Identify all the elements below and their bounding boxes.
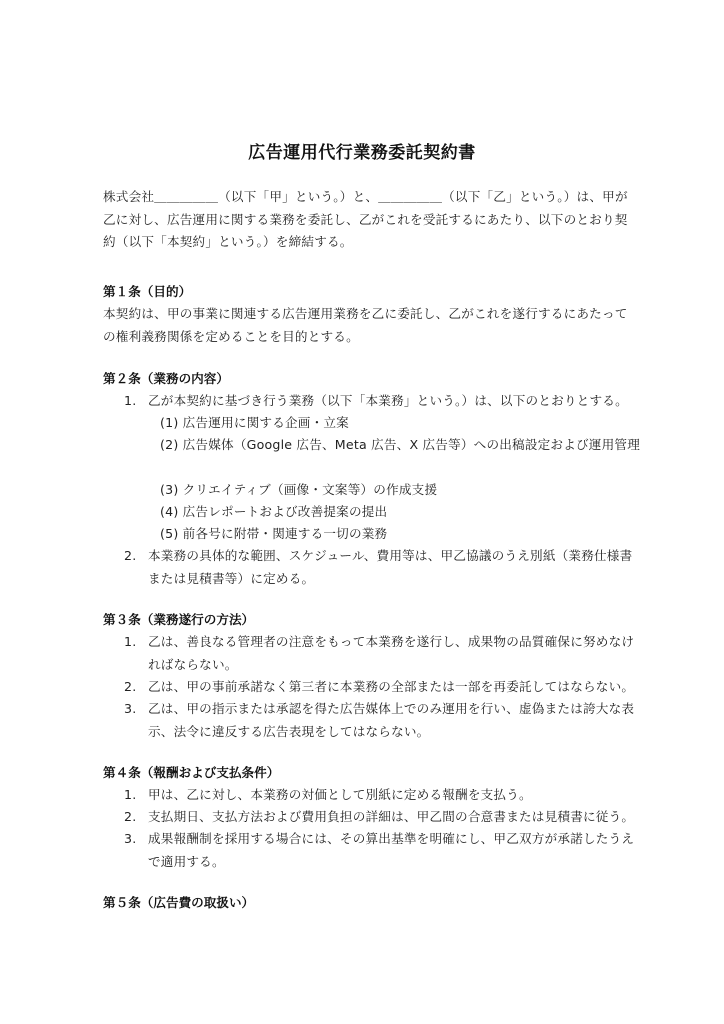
article-2-subitem-2: (2) 広告媒体（Google 広告、Meta 広告、X 広告等）への出稿設定お…: [148, 434, 640, 457]
document-title: 広告運用代行業務委託契約書: [0, 138, 724, 163]
article-4-heading: 第４条（報酬および支払条件）: [103, 762, 279, 784]
item-text: 成果報酬制を採用する場合には、その算出基準を明確にし、甲乙双方が承諾したうえで適…: [148, 831, 634, 869]
item-number: 1.: [124, 784, 136, 807]
item-text: 乙は、甲の事前承諾なく第三者に本業務の全部または一部を再委託してはならない。: [148, 679, 634, 694]
article-2-subitem-3: (3) クリエイティブ（画像・文案等）の作成支援: [148, 479, 640, 502]
item-number: 2.: [124, 806, 136, 829]
article-4-item-3: 3. 成果報酬制を採用する場合には、その算出基準を明確にし、甲乙双方が承諾したう…: [148, 828, 640, 873]
item-number: 1.: [124, 631, 136, 654]
article-3-heading: 第３条（業務遂行の方法）: [103, 609, 254, 631]
item-text: 乙が本契約に基づき行う業務（以下「本業務」という。）は、以下のとおりとする。: [148, 393, 628, 408]
item-text: 乙は、甲の指示または承認を得た広告媒体上でのみ運用を行い、虚偽または誇大な表示、…: [148, 701, 634, 739]
article-2-subitem-5: (5) 前各号に附帯・関連する一切の業務: [148, 523, 640, 546]
item-text: 乙は、善良なる管理者の注意をもって本業務を遂行し、成果物の品質確保に努めなければ…: [148, 634, 634, 672]
article-3-item-2: 2. 乙は、甲の事前承諾なく第三者に本業務の全部または一部を再委託してはならない…: [148, 676, 640, 699]
item-text: 本業務の具体的な範囲、スケジュール、費用等は、甲乙協議のうえ別紙（業務仕様書また…: [148, 548, 632, 586]
item-text: 甲は、乙に対し、本業務の対価として別紙に定める報酬を支払う。: [148, 787, 532, 802]
article-5-heading: 第５条（広告費の取扱い）: [103, 892, 254, 914]
article-2-item-2: 2. 本業務の具体的な範囲、スケジュール、費用等は、甲乙協議のうえ別紙（業務仕様…: [148, 545, 640, 590]
item-number: 2.: [124, 545, 136, 568]
article-2-item-1: 1. 乙が本契約に基づき行う業務（以下「本業務」という。）は、以下のとおりとする…: [148, 390, 640, 413]
item-number: 3.: [124, 698, 136, 721]
article-3-item-3: 3. 乙は、甲の指示または承認を得た広告媒体上でのみ運用を行い、虚偽または誇大な…: [148, 698, 640, 743]
item-number: 3.: [124, 828, 136, 851]
item-text: 支払期日、支払方法および費用負担の詳細は、甲乙間の合意書または見積書に従う。: [148, 809, 634, 824]
article-2-heading: 第２条（業務の内容）: [103, 368, 229, 390]
contract-page: 広告運用代行業務委託契約書 株式会社＿＿＿＿＿（以下「甲」という。）と、＿＿＿＿…: [0, 0, 724, 1024]
article-2-subitem-4: (4) 広告レポートおよび改善提案の提出: [148, 501, 640, 524]
article-2-subitem-1: (1) 広告運用に関する企画・立案: [148, 412, 640, 435]
article-4-item-1: 1. 甲は、乙に対し、本業務の対価として別紙に定める報酬を支払う。: [148, 784, 640, 807]
article-1-heading: 第１条（目的）: [103, 281, 191, 303]
intro-paragraph: 株式会社＿＿＿＿＿（以下「甲」という。）と、＿＿＿＿＿（以下「乙」という。）は、…: [103, 186, 633, 254]
article-1-body: 本契約は、甲の事業に関連する広告運用業務を乙に委託し、乙がこれを遂行するにあたっ…: [103, 303, 633, 348]
article-3-item-1: 1. 乙は、善良なる管理者の注意をもって本業務を遂行し、成果物の品質確保に努めな…: [148, 631, 640, 676]
item-number: 1.: [124, 390, 136, 413]
item-number: 2.: [124, 676, 136, 699]
article-4-item-2: 2. 支払期日、支払方法および費用負担の詳細は、甲乙間の合意書または見積書に従う…: [148, 806, 640, 829]
